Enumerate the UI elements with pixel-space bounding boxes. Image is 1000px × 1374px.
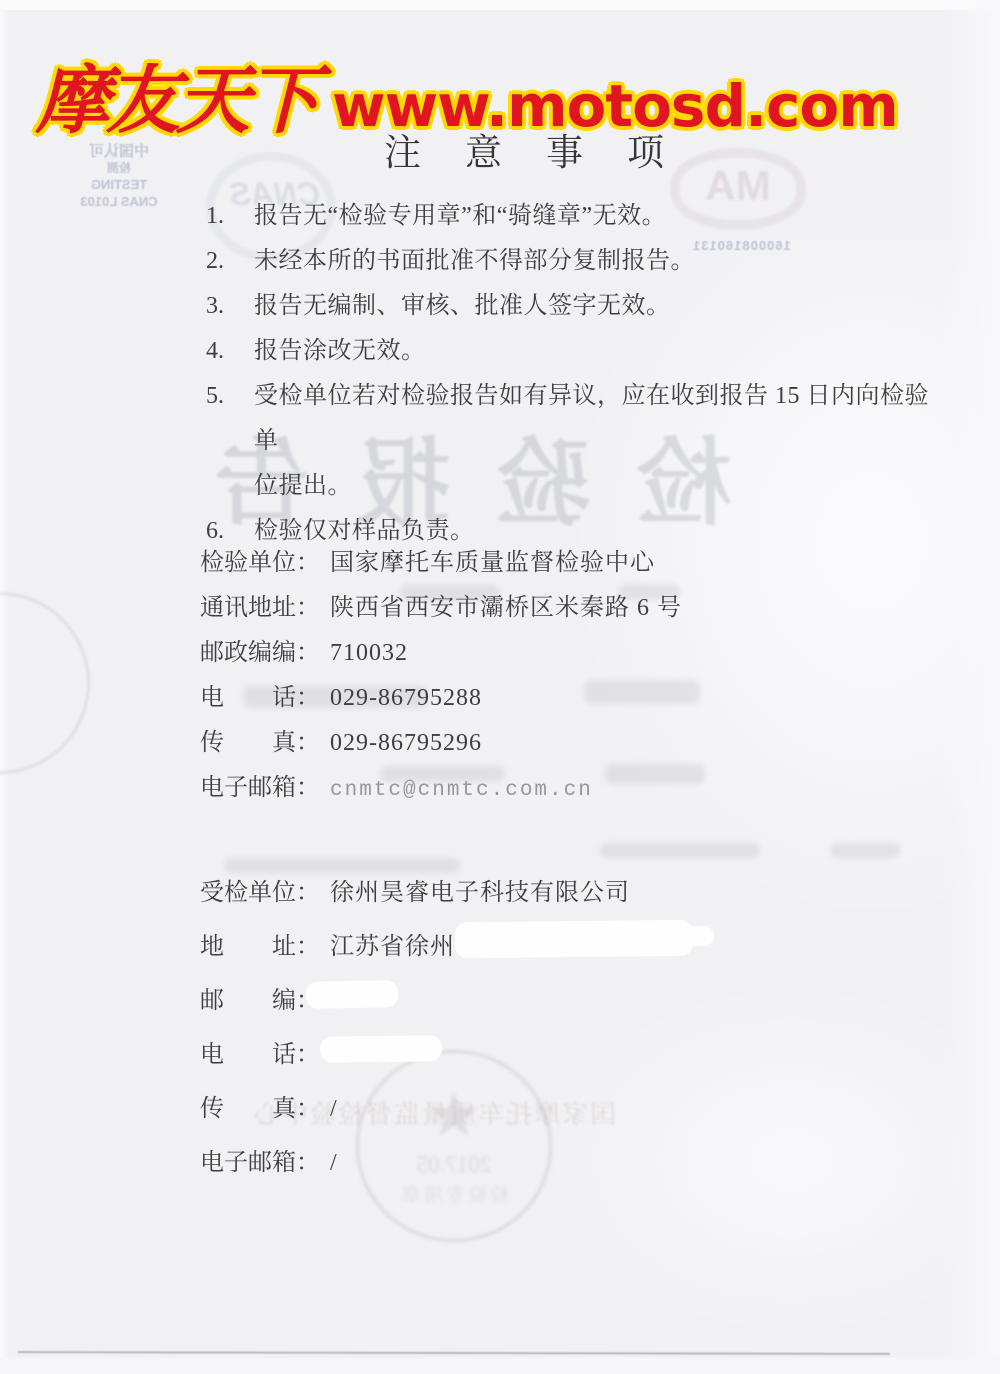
redaction-patch-address-tail bbox=[652, 926, 714, 946]
cnas-bleed-line: CNAS L0103 bbox=[50, 193, 188, 210]
info-row: 电话：029-86795288 bbox=[200, 676, 682, 721]
field-colon: ： bbox=[296, 550, 320, 576]
notice-text: 报告无编制、审核、批准人签字无效。 bbox=[254, 293, 671, 319]
inspected-unit-block: 受检单位：徐州昊睿电子科技有限公司 地址：江苏省徐州市 邮编： 电话： 传真：/… bbox=[200, 866, 630, 1190]
scan-edge-bottom bbox=[0, 1358, 1000, 1374]
field-label: 电子邮箱 bbox=[200, 1136, 296, 1190]
scanned-document-page: 中国认可 检测 TESTING CNAS L0103 CNAS MA 16000… bbox=[0, 0, 1000, 1374]
field-value: 029-86795296 bbox=[330, 730, 482, 756]
bleed-streak bbox=[830, 843, 900, 858]
info-row: 传真：/ bbox=[200, 1082, 630, 1136]
info-row: 邮编： bbox=[200, 974, 630, 1028]
field-value: 陕西省西安市灞桥区米秦路 6 号 bbox=[330, 595, 682, 621]
scan-crease-line bbox=[18, 1351, 890, 1355]
scan-edge-top bbox=[0, 0, 1000, 10]
field-label: 电话 bbox=[200, 676, 296, 721]
field-colon: ： bbox=[296, 640, 320, 666]
inspection-unit-block: 检验单位：国家摩托车质量监督检验中心 通讯地址：陕西省西安市灞桥区米秦路 6 号… bbox=[200, 541, 682, 813]
field-value: 徐州昊睿电子科技有限公司 bbox=[330, 880, 630, 906]
watermark-brand: 摩友天下 bbox=[36, 61, 316, 143]
field-colon: ： bbox=[296, 595, 320, 621]
field-colon: ： bbox=[296, 1042, 320, 1068]
field-colon: ： bbox=[296, 1096, 320, 1122]
notice-number: 4. bbox=[206, 329, 224, 374]
field-value: 029-86795288 bbox=[330, 685, 482, 711]
field-colon: ： bbox=[296, 1150, 320, 1176]
field-colon: ： bbox=[296, 730, 320, 756]
field-colon: ： bbox=[296, 934, 320, 960]
notice-item: 5. 受检单位若对检验报告如有异议，应在收到报告 15 日内向检验单 位提出。 bbox=[206, 374, 941, 509]
notice-text: 未经本所的书面批准不得部分复制报告。 bbox=[254, 248, 695, 274]
info-row: 通讯地址：陕西省西安市灞桥区米秦路 6 号 bbox=[200, 586, 682, 631]
field-value: 710032 bbox=[330, 640, 408, 666]
notice-list: 1. 报告无“检验专用章”和“骑缝章”无效。 2. 未经本所的书面批准不得部分复… bbox=[206, 194, 941, 554]
info-row: 检验单位：国家摩托车质量监督检验中心 bbox=[200, 541, 682, 586]
field-label: 邮政编编 bbox=[200, 631, 296, 676]
cnas-bleed-line: TESTING bbox=[50, 176, 188, 193]
cnas-mark-bleedthrough: 中国认可 检测 TESTING CNAS L0103 bbox=[50, 143, 188, 210]
field-value: 国家摩托车质量监督检验中心 bbox=[330, 550, 655, 576]
field-label: 通讯地址 bbox=[200, 586, 296, 631]
notice-text: 报告无“检验专用章”和“骑缝章”无效。 bbox=[254, 203, 666, 229]
info-row: 受检单位：徐州昊睿电子科技有限公司 bbox=[200, 866, 630, 920]
field-colon: ： bbox=[296, 775, 320, 801]
field-label: 电话 bbox=[200, 1028, 296, 1082]
field-colon: ： bbox=[296, 685, 320, 711]
field-label: 邮编 bbox=[200, 974, 296, 1028]
redaction-patch-postcode bbox=[306, 980, 398, 1009]
field-label: 受检单位 bbox=[200, 866, 296, 920]
notice-text: 受检单位若对检验报告如有异议，应在收到报告 15 日内向检验单 位提出。 bbox=[254, 383, 929, 499]
scan-edge-right bbox=[940, 0, 1000, 1374]
field-label: 检验单位 bbox=[200, 541, 296, 586]
notice-item: 3. 报告无编制、审核、批准人签字无效。 bbox=[206, 284, 941, 329]
notice-number: 5. bbox=[206, 374, 224, 419]
page-title: 注意事项 bbox=[384, 122, 708, 176]
info-row: 电子邮箱：cnmtc@cnmtc.com.cn bbox=[200, 766, 682, 813]
cnas-bleed-line: 检测 bbox=[50, 161, 188, 176]
field-label: 传真 bbox=[200, 721, 296, 766]
field-value: / bbox=[330, 1096, 338, 1122]
field-label: 电子邮箱 bbox=[200, 766, 296, 811]
bleed-streak bbox=[600, 843, 760, 858]
field-value: / bbox=[330, 1150, 338, 1176]
scan-edge-left bbox=[0, 0, 9, 1374]
field-colon: ： bbox=[296, 880, 320, 906]
notice-text: 报告涂改无效。 bbox=[254, 338, 426, 364]
notice-item: 2. 未经本所的书面批准不得部分复制报告。 bbox=[206, 239, 941, 284]
field-value-email: cnmtc@cnmtc.com.cn bbox=[330, 779, 593, 802]
notice-item: 4. 报告涂改无效。 bbox=[206, 329, 941, 374]
info-row: 邮政编编：710032 bbox=[200, 631, 682, 676]
redaction-patch-phone bbox=[320, 1035, 442, 1063]
notice-number: 1. bbox=[206, 194, 224, 239]
notice-item: 1. 报告无“检验专用章”和“骑缝章”无效。 bbox=[206, 194, 941, 239]
field-label: 地址 bbox=[200, 920, 296, 974]
field-label: 传真 bbox=[200, 1082, 296, 1136]
notice-number: 3. bbox=[206, 284, 224, 329]
stamp-arc-bleedthrough bbox=[0, 592, 90, 774]
notice-number: 2. bbox=[206, 239, 224, 284]
info-row: 传真：029-86795296 bbox=[200, 721, 682, 766]
info-row: 电子邮箱：/ bbox=[200, 1136, 630, 1190]
